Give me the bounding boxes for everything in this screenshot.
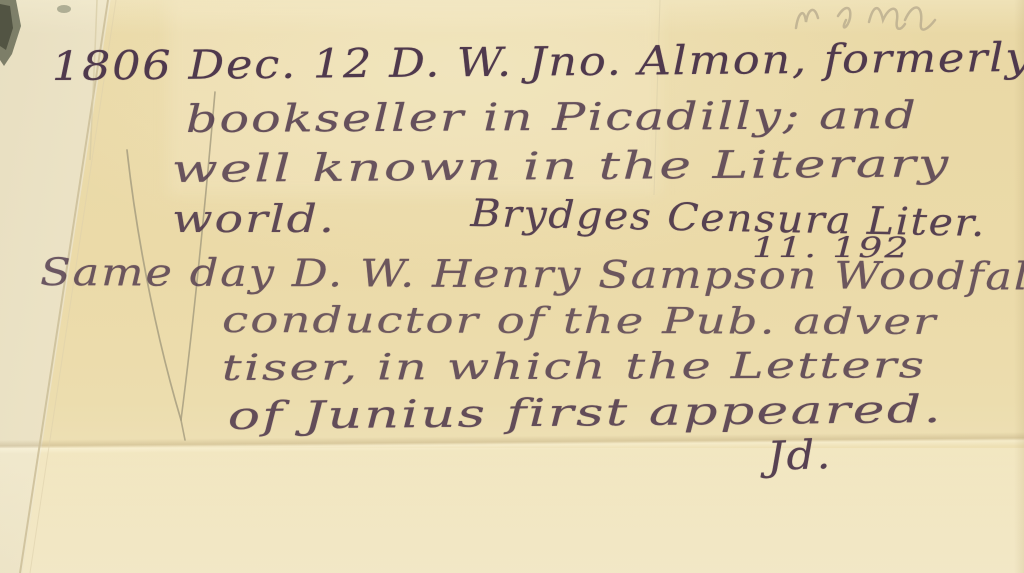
handwritten-line-conductor: conductor of the Pub. adver [222,300,938,343]
handwritten-line-tiser: tiser, in which the Letters [222,345,927,389]
handwritten-initials: Jd. [766,432,832,480]
handwritten-line-bookseller: bookseller in Picadilly; and [186,93,918,141]
manuscript-scan: 1806 Dec. 12 D. W. Jno. Almon, formerly … [0,0,1024,573]
handwritten-line-junius: of Junius first appeared. [227,387,943,438]
handwritten-line-wellknown: well known in the Literary [171,141,950,191]
handwritten-line-date-almon: 1806 Dec. 12 D. W. Jno. Almon, formerly [51,35,1024,90]
handwriting-layer: 1806 Dec. 12 D. W. Jno. Almon, formerly … [0,0,1024,573]
handwritten-line-world: world. [172,197,336,241]
handwritten-line-woodfall: Same day D. W. Henry Sampson Woodfall [40,250,1024,298]
